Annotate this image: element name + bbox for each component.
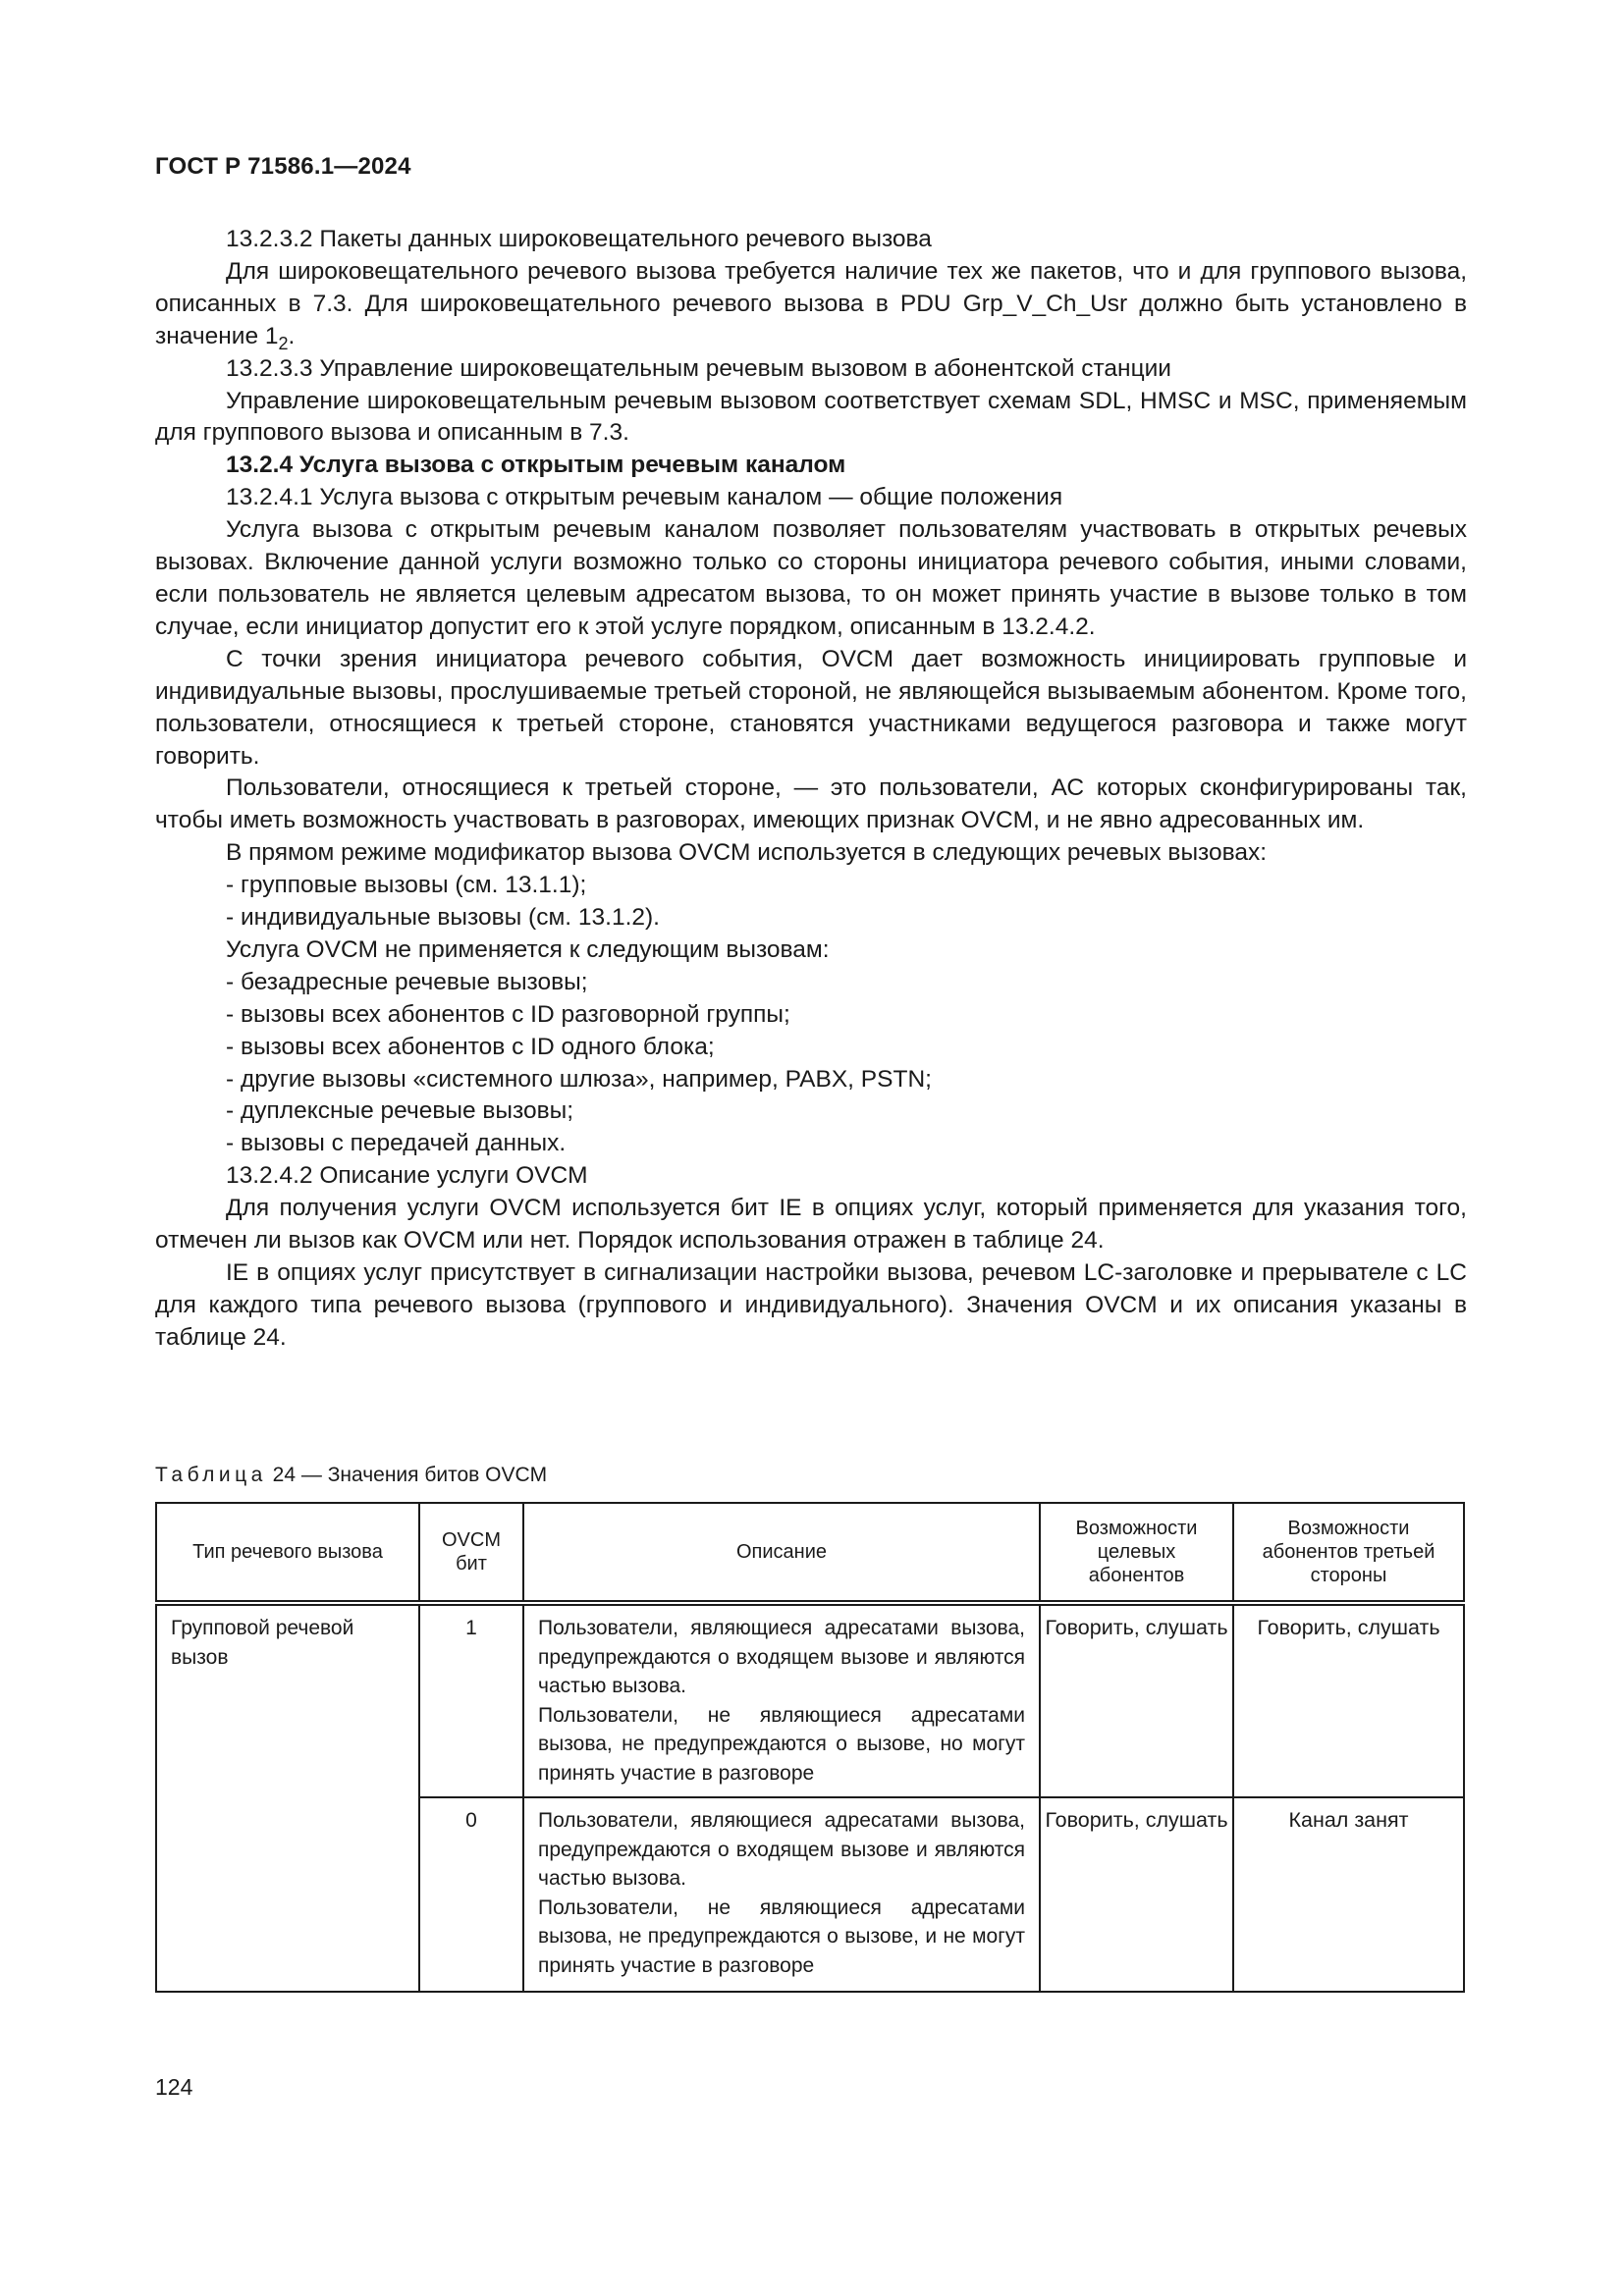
list-item: - безадресные речевые вызовы; — [155, 967, 1467, 999]
column-header-third-party-capabilities: Возможности абонентов третьей стороны — [1233, 1503, 1464, 1603]
list-item: - вызовы всех абонентов с ID разговорной… — [155, 999, 1467, 1032]
description-cell: Пользователи, являющиеся адресатами вызо… — [523, 1603, 1040, 1797]
list-item: - индивидуальные вызовы (см. 13.1.2). — [155, 902, 1467, 934]
subscript-base: 2 — [279, 334, 289, 353]
paragraph: Пользователи, относящиеся к третьей стор… — [155, 773, 1467, 837]
document-header-standard-id: ГОСТ Р 71586.1—2024 — [155, 153, 411, 181]
table-row: Групповой речевой вызов 1 Пользователи, … — [156, 1603, 1464, 1797]
section-heading-13-2-3-2: 13.2.3.2 Пакеты данных широковещательног… — [155, 224, 1467, 256]
column-header-target-capabilities: Возможности целевых абонентов — [1040, 1503, 1233, 1603]
ovcm-bits-table: Тип речевого вызова OVCM бит Описание Во… — [155, 1502, 1465, 1993]
section-heading-13-2-4: 13.2.4 Услуга вызова с открытым речевым … — [155, 450, 1467, 482]
list-item: - групповые вызовы (см. 13.1.1); — [155, 870, 1467, 902]
description-cell: Пользователи, являющиеся адресатами вызо… — [523, 1797, 1040, 1992]
column-header-call-type: Тип речевого вызова — [156, 1503, 419, 1603]
section-heading-13-2-3-3: 13.2.3.3 Управление широковещательным ре… — [155, 353, 1467, 386]
table-caption: Таблица 24 — Значения битов OVCM — [155, 1463, 547, 1488]
list-item: - другие вызовы «системного шлюза», напр… — [155, 1064, 1467, 1096]
document-body: 13.2.3.2 Пакеты данных широковещательног… — [155, 224, 1467, 1355]
paragraph: Услуга OVCM не применяется к следующим в… — [155, 934, 1467, 967]
column-header-ovcm-bit: OVCM бит — [419, 1503, 523, 1603]
third-party-capabilities-cell: Канал занят — [1233, 1797, 1464, 1992]
paragraph: Услуга вызова с открытым речевым каналом… — [155, 514, 1467, 644]
list-item: - дуплексные речевые вызовы; — [155, 1095, 1467, 1128]
column-header-description: Описание — [523, 1503, 1040, 1603]
ovcm-bit-cell: 1 — [419, 1603, 523, 1797]
ovcm-bit-cell: 0 — [419, 1797, 523, 1992]
paragraph: В прямом режиме модификатор вызова OVCM … — [155, 837, 1467, 870]
paragraph: С точки зрения инициатора речевого событ… — [155, 644, 1467, 774]
page-number: 124 — [155, 2074, 192, 2101]
target-capabilities-cell: Говорить, слушать — [1040, 1603, 1233, 1797]
paragraph: Управление широковещательным речевым выз… — [155, 386, 1467, 451]
list-item: - вызовы с передачей данных. — [155, 1128, 1467, 1160]
paragraph: Для широковещательного речевого вызова т… — [155, 256, 1467, 353]
third-party-capabilities-cell: Говорить, слушать — [1233, 1603, 1464, 1797]
section-heading-13-2-4-1: 13.2.4.1 Услуга вызова с открытым речевы… — [155, 482, 1467, 514]
call-type-cell: Групповой речевой вызов — [156, 1603, 419, 1992]
section-heading-13-2-4-2: 13.2.4.2 Описание услуги OVCM — [155, 1160, 1467, 1193]
table-header-row: Тип речевого вызова OVCM бит Описание Во… — [156, 1503, 1464, 1603]
list-item: - вызовы всех абонентов с ID одного блок… — [155, 1032, 1467, 1064]
target-capabilities-cell: Говорить, слушать — [1040, 1797, 1233, 1992]
paragraph: IE в опциях услуг присутствует в сигнали… — [155, 1257, 1467, 1355]
paragraph: Для получения услуги OVCM используется б… — [155, 1193, 1467, 1257]
